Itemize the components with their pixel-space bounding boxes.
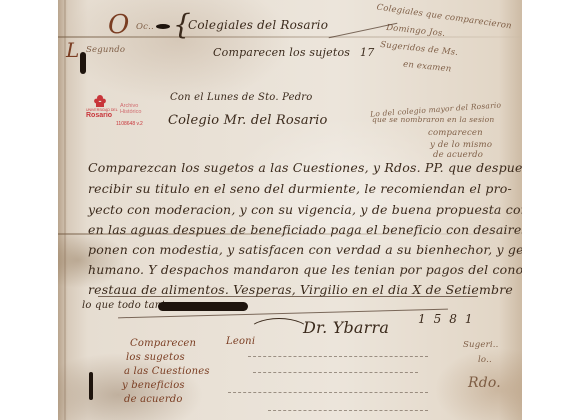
signature: Dr. Ybarra: [303, 318, 389, 337]
header-initial-note: Oc..: [136, 22, 154, 32]
crest-icon: [93, 94, 107, 108]
body-line: ponen con modestia, y satisfacen con ver…: [88, 242, 522, 257]
stamp-institution: Rosario: [86, 112, 112, 119]
bottom-note: Comparecen: [130, 338, 196, 349]
body-line: humano. Y despachos mandaron que les ten…: [88, 262, 522, 277]
stamp-archive-line2: Histórico: [120, 109, 141, 115]
bottom-note: a las Cuestiones: [124, 366, 210, 377]
ink-blot: [80, 52, 86, 74]
header-initial: O: [108, 10, 130, 40]
stamp-reference: 1108648 v.2: [116, 121, 143, 127]
archive-stamp: UNIVERSIDAD DEL Rosario Archivo Históric…: [86, 94, 150, 132]
bottom-mark: Leoni: [226, 336, 255, 347]
second-initial-note: Segundo: [86, 45, 125, 55]
margin-note: comparecen: [428, 128, 483, 138]
second-line-number: 17: [360, 46, 374, 59]
header-bracket: {: [173, 8, 191, 41]
bottom-note: y beneficios: [122, 380, 185, 391]
page-edge: [64, 0, 66, 420]
rule-line: [98, 296, 478, 297]
margin-note: Sugeri..: [463, 340, 499, 350]
subheading: Con el Lunes de Sto. Pedro: [170, 92, 313, 103]
subheading-college: Colegio Mr. del Rosario: [168, 113, 328, 128]
bottom-note: de acuerdo: [124, 394, 183, 405]
signature-flourish: [248, 318, 310, 346]
ink-strike: [158, 302, 248, 311]
margin-note: lo..: [478, 355, 492, 365]
body-line: Comparezcan los sugetos a las Cuestiones…: [88, 160, 522, 175]
body-line: yecto con moderacion, y con su vigencia,…: [88, 202, 522, 217]
header-title: Colegiales del Rosario: [188, 18, 328, 32]
filler-dash: [248, 356, 428, 358]
margin-note: y de lo mismo: [430, 140, 492, 150]
ink-blot: [156, 24, 170, 29]
filler-dash: [268, 410, 428, 412]
margin-note: Sugeridos de Ms.: [380, 40, 459, 58]
margin-note: Rdo.: [468, 375, 501, 391]
filler-dash: [253, 372, 418, 374]
ink-blot: [89, 372, 93, 400]
second-line: Comparecen los sujetos: [213, 46, 350, 59]
margin-note: de acuerdo: [433, 150, 483, 160]
manuscript-page: O Oc.. Colegiales del Rosario { L Segund…: [58, 0, 522, 420]
second-initial: L: [66, 38, 79, 62]
filler-dash: [228, 392, 428, 394]
body-line: restaua de alimentos. Vesperas, Virgilio…: [88, 282, 513, 297]
bottom-note: los sugetos: [126, 352, 185, 363]
margin-note: que se nombraron en la sesion: [372, 115, 494, 124]
stamp-archive: Archivo Histórico: [120, 103, 141, 115]
body-line: en las aguas despues de beneficiado paga…: [88, 222, 522, 237]
margin-note: en examen: [403, 59, 452, 74]
signature-marks: 1581: [418, 312, 481, 326]
body-line: recibir su titulo en el seno del durmien…: [88, 181, 512, 196]
